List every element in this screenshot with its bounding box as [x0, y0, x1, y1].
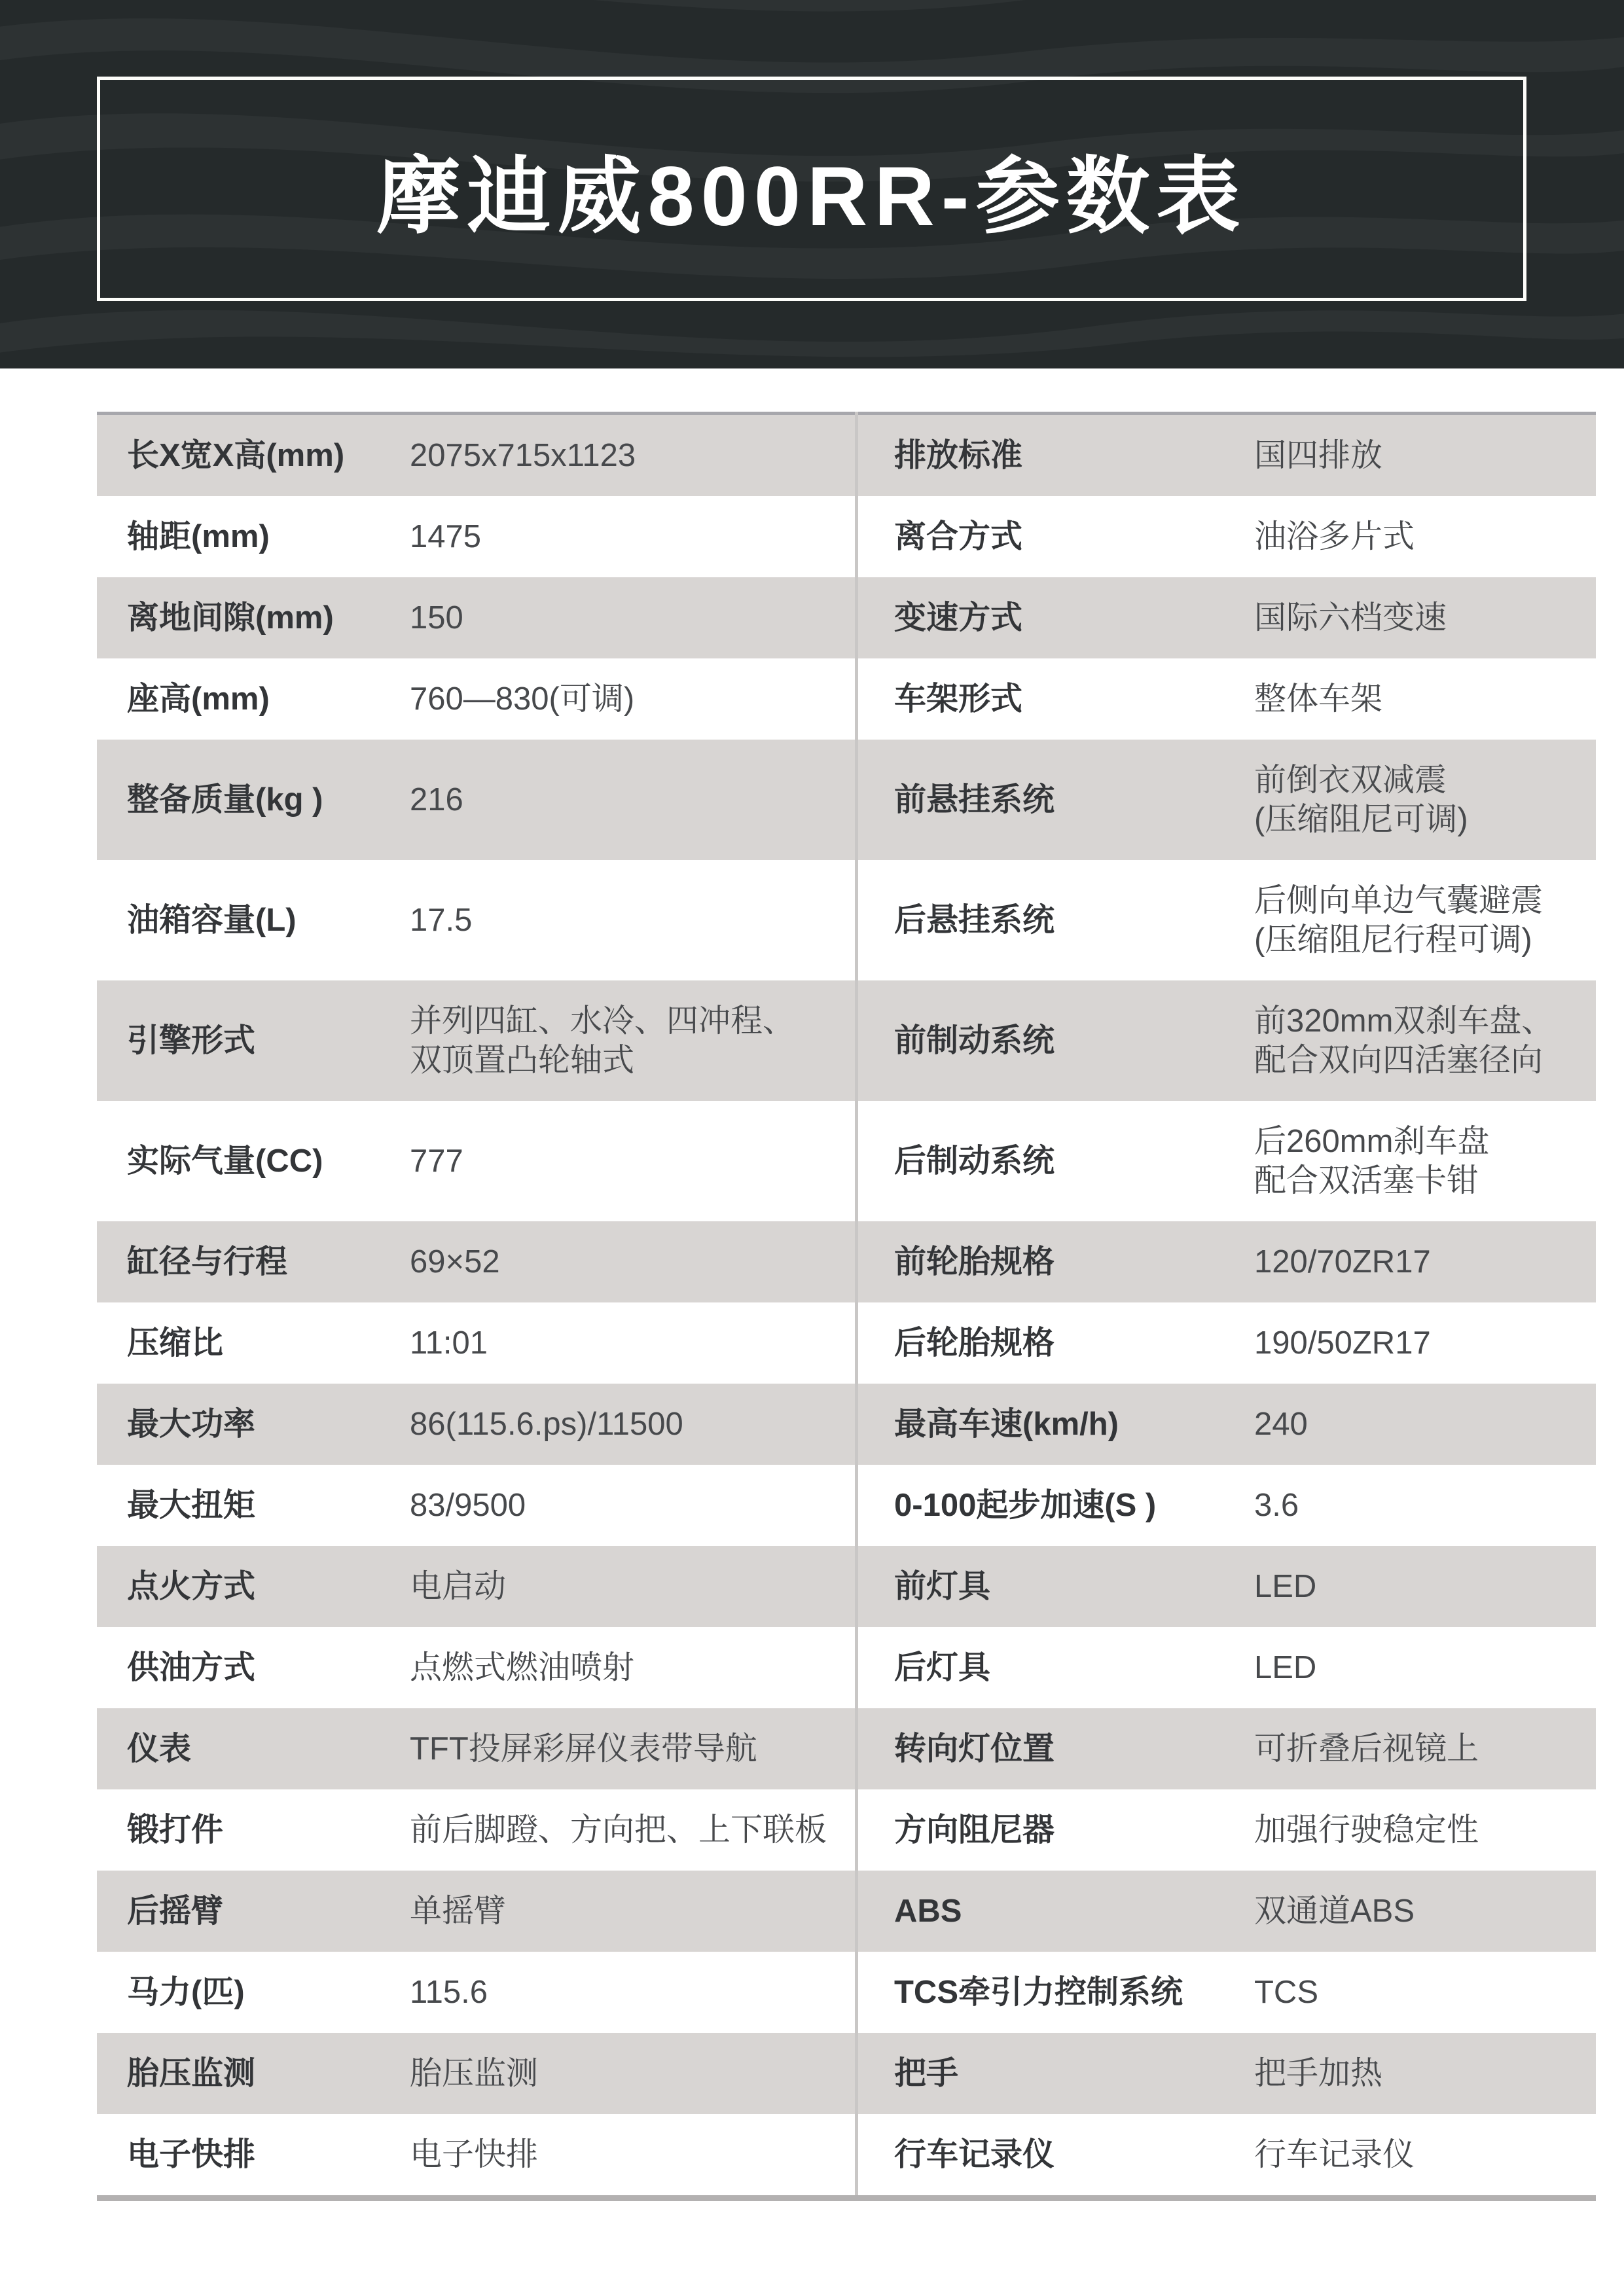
spec-label: 最高车速(km/h): [857, 1384, 1255, 1465]
spec-label: 轴距(mm): [97, 496, 410, 577]
spec-label: 引擎形式: [97, 980, 410, 1101]
spec-label: 行车记录仪: [857, 2114, 1255, 2198]
spec-value: LED: [1254, 1546, 1596, 1627]
spec-label: 点火方式: [97, 1546, 410, 1627]
spec-value: 行车记录仪: [1254, 2114, 1596, 2198]
spec-value: 777: [410, 1101, 857, 1221]
spec-label: 车架形式: [857, 658, 1255, 740]
spec-value: 国际六档变速: [1254, 577, 1596, 658]
spec-label: 后摇臂: [97, 1871, 410, 1952]
table-row: 轴距(mm) 1475 离合方式 油浴多片式: [97, 496, 1596, 577]
spec-label: TCS牵引力控制系统: [857, 1952, 1255, 2033]
spec-value: 油浴多片式: [1254, 496, 1596, 577]
spec-value: 前后脚蹬、方向把、上下联板: [410, 1789, 857, 1871]
table-row: 座高(mm) 760—830(可调) 车架形式 整体车架: [97, 658, 1596, 740]
spec-label: 电子快排: [97, 2114, 410, 2198]
spec-label: 供油方式: [97, 1627, 410, 1708]
page-header: 摩迪威800RR-参数表: [0, 0, 1624, 368]
table-row: 缸径与行程 69×52 前轮胎规格 120/70ZR17: [97, 1221, 1596, 1302]
spec-label: 方向阻尼器: [857, 1789, 1255, 1871]
spec-label: 变速方式: [857, 577, 1255, 658]
spec-label: 0-100起步加速(S ): [857, 1465, 1255, 1546]
table-row: 点火方式 电启动 前灯具 LED: [97, 1546, 1596, 1627]
spec-label: 胎压监测: [97, 2033, 410, 2114]
table-row: 压缩比 11:01 后轮胎规格 190/50ZR17: [97, 1302, 1596, 1384]
spec-value: 电子快排: [410, 2114, 857, 2198]
spec-value: TCS: [1254, 1952, 1596, 2033]
table-row: 整备质量(kg ) 216 前悬挂系统 前倒衣双减震 (压缩阻尼可调): [97, 740, 1596, 860]
spec-label: 座高(mm): [97, 658, 410, 740]
spec-label: 最大功率: [97, 1384, 410, 1465]
spec-label: 锻打件: [97, 1789, 410, 1871]
spec-value: 120/70ZR17: [1254, 1221, 1596, 1302]
spec-label: 后制动系统: [857, 1101, 1255, 1221]
spec-label: 前悬挂系统: [857, 740, 1255, 860]
spec-label: 离地间隙(mm): [97, 577, 410, 658]
table-row: 最大功率 86(115.6.ps)/11500 最高车速(km/h) 240: [97, 1384, 1596, 1465]
spec-value: 115.6: [410, 1952, 857, 2033]
spec-value: 150: [410, 577, 857, 658]
spec-label: 压缩比: [97, 1302, 410, 1384]
table-row: 离地间隙(mm) 150 变速方式 国际六档变速: [97, 577, 1596, 658]
spec-value: 把手加热: [1254, 2033, 1596, 2114]
spec-value: 11:01: [410, 1302, 857, 1384]
table-row: 胎压监测 胎压监测 把手 把手加热: [97, 2033, 1596, 2114]
spec-value: 2075x715x1123: [410, 414, 857, 497]
spec-label: 整备质量(kg ): [97, 740, 410, 860]
spec-table: 长X宽X高(mm) 2075x715x1123 排放标准 国四排放 轴距(mm)…: [97, 412, 1596, 2201]
spec-label: 实际气量(CC): [97, 1101, 410, 1221]
table-row: 引擎形式 并列四缸、水冷、四冲程、 双顶置凸轮轴式 前制动系统 前320mm双刹…: [97, 980, 1596, 1101]
spec-value: 可折叠后视镜上: [1254, 1708, 1596, 1789]
table-row: 仪表 TFT投屏彩屏仪表带导航 转向灯位置 可折叠后视镜上: [97, 1708, 1596, 1789]
page-title: 摩迪威800RR-参数表: [376, 129, 1246, 249]
spec-label: 排放标准: [857, 414, 1255, 497]
spec-label: 前灯具: [857, 1546, 1255, 1627]
spec-value: 190/50ZR17: [1254, 1302, 1596, 1384]
spec-value: 69×52: [410, 1221, 857, 1302]
spec-value: 216: [410, 740, 857, 860]
table-row: 锻打件 前后脚蹬、方向把、上下联板 方向阻尼器 加强行驶稳定性: [97, 1789, 1596, 1871]
spec-value: 83/9500: [410, 1465, 857, 1546]
spec-value: 240: [1254, 1384, 1596, 1465]
spec-value: 国四排放: [1254, 414, 1596, 497]
spec-label: 仪表: [97, 1708, 410, 1789]
spec-value: 前倒衣双减震 (压缩阻尼可调): [1254, 740, 1596, 860]
spec-value: 3.6: [1254, 1465, 1596, 1546]
spec-value: 760—830(可调): [410, 658, 857, 740]
spec-value: 17.5: [410, 860, 857, 980]
spec-value: 双通道ABS: [1254, 1871, 1596, 1952]
spec-value: 并列四缸、水冷、四冲程、 双顶置凸轮轴式: [410, 980, 857, 1101]
table-row: 电子快排 电子快排 行车记录仪 行车记录仪: [97, 2114, 1596, 2198]
table-row: 油箱容量(L) 17.5 后悬挂系统 后侧向单边气囊避震 (压缩阻尼行程可调): [97, 860, 1596, 980]
spec-value: 1475: [410, 496, 857, 577]
table-row: 供油方式 点燃式燃油喷射 后灯具 LED: [97, 1627, 1596, 1708]
spec-value: 后侧向单边气囊避震 (压缩阻尼行程可调): [1254, 860, 1596, 980]
spec-value: 单摇臂: [410, 1871, 857, 1952]
spec-value: 后260mm刹车盘 配合双活塞卡钳: [1254, 1101, 1596, 1221]
spec-label: 后灯具: [857, 1627, 1255, 1708]
spec-value: 86(115.6.ps)/11500: [410, 1384, 857, 1465]
spec-label: 前轮胎规格: [857, 1221, 1255, 1302]
table-row: 后摇臂 单摇臂 ABS 双通道ABS: [97, 1871, 1596, 1952]
spec-label: ABS: [857, 1871, 1255, 1952]
table-row: 实际气量(CC) 777 后制动系统 后260mm刹车盘 配合双活塞卡钳: [97, 1101, 1596, 1221]
spec-label: 后轮胎规格: [857, 1302, 1255, 1384]
spec-label: 离合方式: [857, 496, 1255, 577]
spec-table-body: 长X宽X高(mm) 2075x715x1123 排放标准 国四排放 轴距(mm)…: [97, 414, 1596, 2198]
spec-value: 胎压监测: [410, 2033, 857, 2114]
spec-label: 转向灯位置: [857, 1708, 1255, 1789]
spec-value: 点燃式燃油喷射: [410, 1627, 857, 1708]
table-row: 长X宽X高(mm) 2075x715x1123 排放标准 国四排放: [97, 414, 1596, 497]
table-row: 马力(匹) 115.6 TCS牵引力控制系统 TCS: [97, 1952, 1596, 2033]
spec-label: 最大扭矩: [97, 1465, 410, 1546]
spec-label: 缸径与行程: [97, 1221, 410, 1302]
title-box: 摩迪威800RR-参数表: [97, 77, 1526, 301]
spec-value: 电启动: [410, 1546, 857, 1627]
spec-value: 整体车架: [1254, 658, 1596, 740]
spec-value: 前320mm双刹车盘、 配合双向四活塞径向: [1254, 980, 1596, 1101]
spec-label: 后悬挂系统: [857, 860, 1255, 980]
spec-value: 加强行驶稳定性: [1254, 1789, 1596, 1871]
spec-label: 前制动系统: [857, 980, 1255, 1101]
spec-value: TFT投屏彩屏仪表带导航: [410, 1708, 857, 1789]
spec-label: 把手: [857, 2033, 1255, 2114]
spec-label: 长X宽X高(mm): [97, 414, 410, 497]
spec-label: 马力(匹): [97, 1952, 410, 2033]
spec-label: 油箱容量(L): [97, 860, 410, 980]
spec-value: LED: [1254, 1627, 1596, 1708]
table-row: 最大扭矩 83/9500 0-100起步加速(S ) 3.6: [97, 1465, 1596, 1546]
